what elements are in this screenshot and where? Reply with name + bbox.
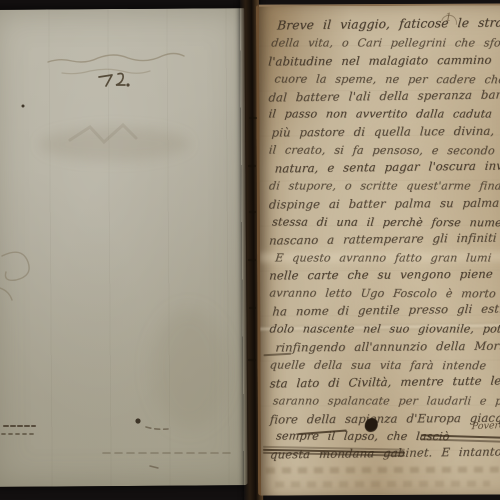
manuscript-line: dolo nascente nel suo giovanile, potea s…	[268, 323, 500, 341]
manuscript-line: Breve il viaggio, faticose le strade, in…	[276, 15, 500, 37]
manuscript-line: sta lato di Civiltà, mentre tutte le sta	[269, 372, 500, 394]
folio-number-mark: 1	[439, 11, 457, 33]
manuscript-line: rinfingendo all'annunzio della Morte di	[275, 338, 500, 358]
manuscript-line: nascano a rattemperare gli infiniti argo…	[268, 229, 500, 251]
ink-shadow-smudge	[39, 127, 189, 162]
manuscript-line: di stupore, o scritte quest'arme finalme…	[268, 180, 500, 198]
manuscript-line: più pastore di quella luce divina, che p…	[271, 124, 500, 144]
manuscript-line: ha nome di gentile presso gli estrani, e	[272, 301, 500, 323]
left-blank-page	[0, 8, 248, 487]
manuscript-line: saranno spalancate per laudarli e perpe	[272, 394, 500, 412]
folio-digit: 1	[445, 11, 452, 24]
manuscript-line: fiore della sapienza d'Europa giacque	[269, 410, 500, 430]
right-manuscript-page: Breve il viaggio, faticose le strade, in…	[256, 3, 500, 495]
manuscript-line: questa mondana gabinet. E intanto fa	[269, 444, 500, 466]
manuscript-photo: Breve il viaggio, faticose le strade, in…	[0, 0, 500, 500]
manuscript-line: della vita, o Cari pellegrini che sforma…	[270, 36, 500, 54]
manuscript-line: l'abitudine nel malagiato cammino tragge…	[268, 52, 500, 72]
bleed-through-line	[275, 481, 490, 488]
manuscript-line: nelle carte che su vengono piene delle m…	[269, 267, 500, 287]
bleed-through-line	[266, 467, 500, 474]
inserted-word: Povero	[471, 420, 500, 432]
manuscript-line: dal battere l'ali della speranza bambine…	[268, 86, 500, 108]
manuscript-line: dispinge ai batter palma su palma il	[268, 195, 500, 215]
manuscript-line: natura, e senta pagar l'oscura invidia	[274, 158, 500, 180]
handwritten-text-block: Breve il viaggio, faticose le strade, in…	[268, 17, 500, 466]
paper-stain	[150, 308, 227, 429]
